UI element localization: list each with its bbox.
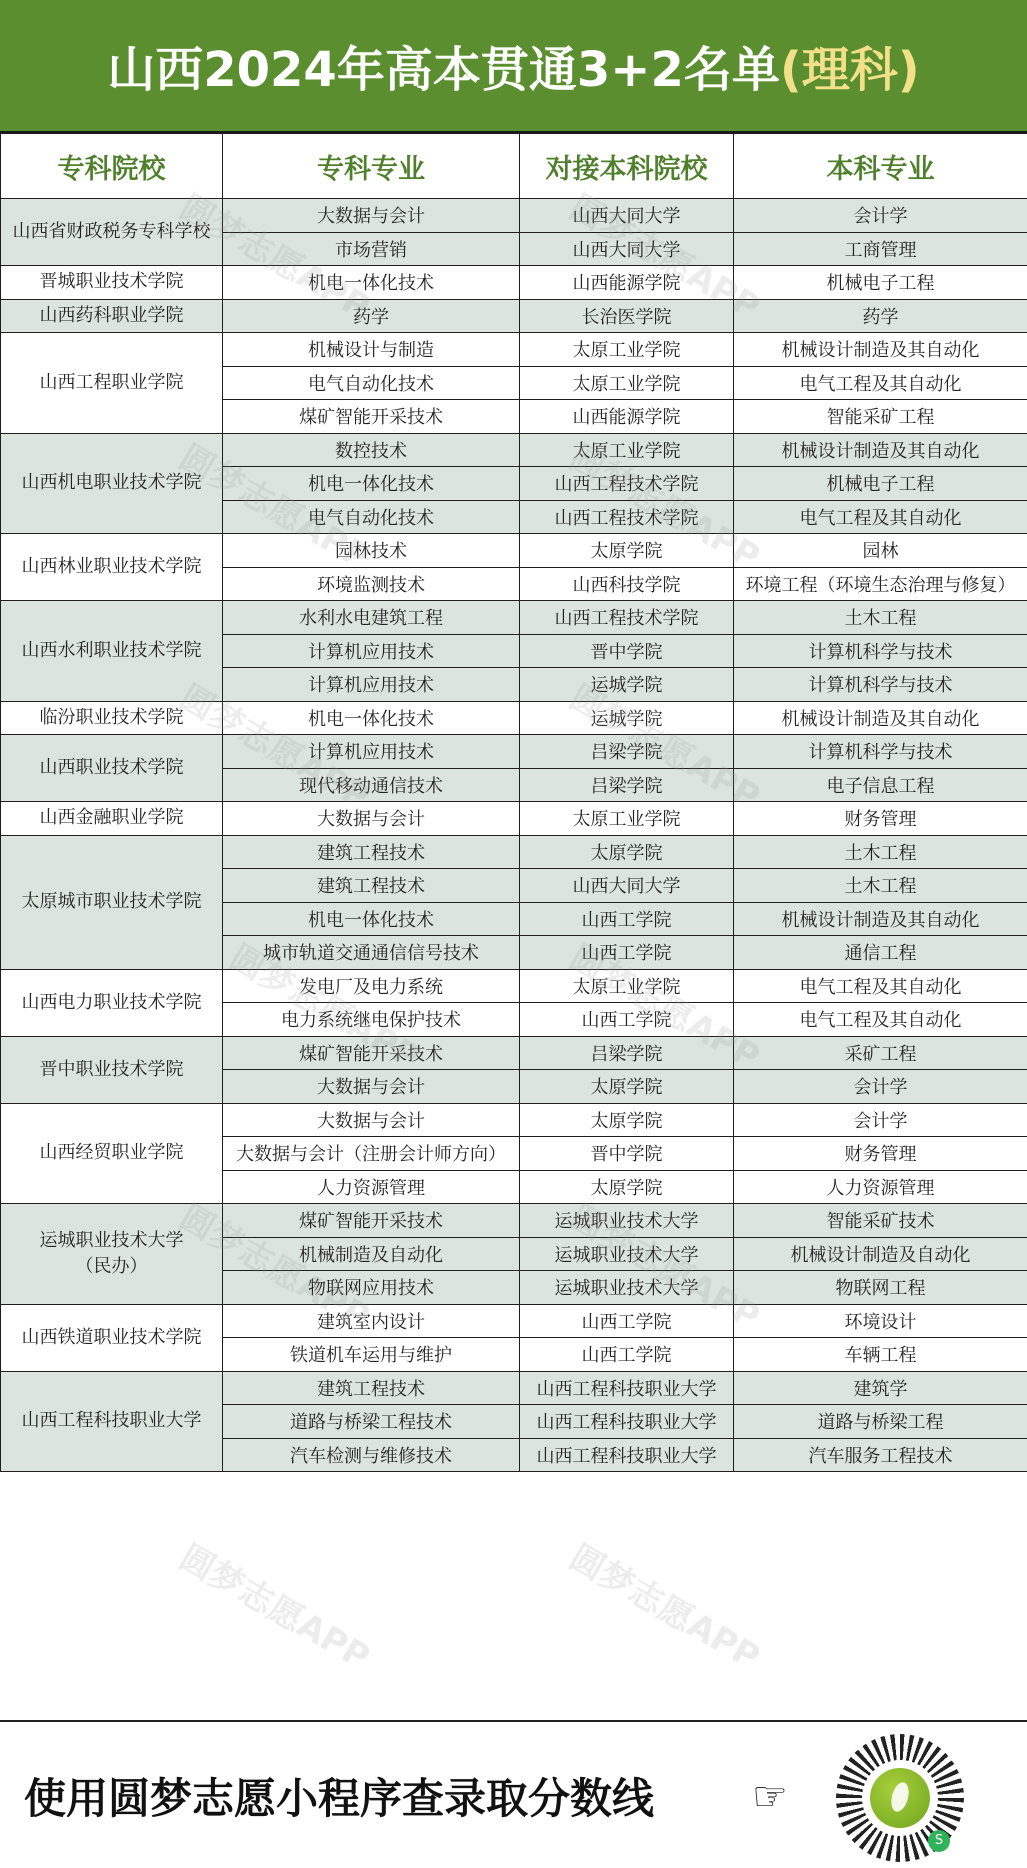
target-university-cell: 山西大同大学 <box>520 869 734 903</box>
bachelor-major-cell: 物联网工程 <box>734 1271 1027 1305</box>
bachelor-major-cell: 采矿工程 <box>734 1036 1027 1070</box>
mini-program-icon: S <box>928 1830 950 1852</box>
table-row: 山西工程科技职业大学建筑工程技术山西工程科技职业大学建筑学 <box>1 1371 1027 1405</box>
college-cell: 山西铁道职业技术学院 <box>1 1304 223 1371</box>
college-cell: 山西职业技术学院 <box>1 735 223 802</box>
college-cell: 临汾职业技术学院 <box>1 701 223 735</box>
table-row: 山西水利职业技术学院水利水电建筑工程山西工程技术学院土木工程 <box>1 601 1027 635</box>
table-body: 山西省财政税务专科学校大数据与会计山西大同大学会计学市场营销山西大同大学工商管理… <box>1 199 1027 1472</box>
bachelor-major-cell: 机械电子工程 <box>734 266 1027 300</box>
college-major-cell: 大数据与会计 <box>223 1103 520 1137</box>
college-cell: 太原城市职业技术学院 <box>1 835 223 969</box>
college-cell: 山西省财政税务专科学校 <box>1 199 223 266</box>
college-major-cell: 计算机应用技术 <box>223 735 520 769</box>
pointing-hand-icon: ☞ <box>752 1774 788 1820</box>
college-name: 山西工程职业学院 <box>1 370 222 396</box>
target-university-cell: 山西能源学院 <box>520 400 734 434</box>
target-university-cell: 山西大同大学 <box>520 199 734 233</box>
bachelor-major-cell: 计算机科学与技术 <box>734 634 1027 668</box>
bachelor-major-cell: 财务管理 <box>734 1137 1027 1171</box>
college-major-cell: 机电一体化技术 <box>223 902 520 936</box>
college-name: 山西铁道职业技术学院 <box>1 1325 222 1351</box>
bachelor-major-cell: 机械设计制造及其自动化 <box>734 701 1027 735</box>
bachelor-major-cell: 人力资源管理 <box>734 1170 1027 1204</box>
bachelor-major-cell: 土木工程 <box>734 601 1027 635</box>
bachelor-major-cell: 电气工程及其自动化 <box>734 366 1027 400</box>
bachelor-major-cell: 建筑学 <box>734 1371 1027 1405</box>
bachelor-major-cell: 机械设计制造及其自动化 <box>734 333 1027 367</box>
bachelor-major-cell: 机械电子工程 <box>734 467 1027 501</box>
college-name: 山西机电职业技术学院 <box>1 470 222 496</box>
target-university-cell: 运城职业技术大学 <box>520 1271 734 1305</box>
bachelor-major-cell: 环境设计 <box>734 1304 1027 1338</box>
college-major-cell: 大数据与会计（注册会计师方向） <box>223 1137 520 1171</box>
target-university-cell: 太原工业学院 <box>520 366 734 400</box>
bachelor-major-cell: 电气工程及其自动化 <box>734 500 1027 534</box>
college-cell: 山西机电职业技术学院 <box>1 433 223 534</box>
college-cell: 晋城职业技术学院 <box>1 266 223 300</box>
target-university-cell: 长治医学院 <box>520 299 734 333</box>
college-major-cell: 建筑室内设计 <box>223 1304 520 1338</box>
target-university-cell: 山西工学院 <box>520 902 734 936</box>
bachelor-major-cell: 药学 <box>734 299 1027 333</box>
watermark-text: 圆梦志愿APP <box>172 1530 380 1679</box>
bachelor-major-cell: 智能采矿工程 <box>734 400 1027 434</box>
college-name: 山西职业技术学院 <box>1 755 222 781</box>
college-name: 山西金融职业学院 <box>1 805 222 831</box>
college-major-cell: 城市轨道交通通信信号技术 <box>223 936 520 970</box>
target-university-cell: 太原工业学院 <box>520 333 734 367</box>
table-row: 运城职业技术大学（民办）煤矿智能开采技术运城职业技术大学智能采矿技术 <box>1 1204 1027 1238</box>
college-major-cell: 大数据与会计 <box>223 802 520 836</box>
table-row: 太原城市职业技术学院建筑工程技术太原学院土木工程 <box>1 835 1027 869</box>
college-cell: 山西水利职业技术学院 <box>1 601 223 702</box>
table-header-row: 专科院校 专科专业 对接本科院校 本科专业 <box>1 134 1027 199</box>
college-cell: 晋中职业技术学院 <box>1 1036 223 1103</box>
target-university-cell: 吕梁学院 <box>520 735 734 769</box>
bachelor-major-cell: 土木工程 <box>734 869 1027 903</box>
college-major-cell: 建筑工程技术 <box>223 835 520 869</box>
column-header-college: 专科院校 <box>1 134 223 199</box>
college-major-cell: 电力系统继电保护技术 <box>223 1003 520 1037</box>
college-major-cell: 环境监测技术 <box>223 567 520 601</box>
bachelor-major-cell: 计算机科学与技术 <box>734 668 1027 702</box>
program-table: 专科院校 专科专业 对接本科院校 本科专业 山西省财政税务专科学校大数据与会计山… <box>0 133 1027 1472</box>
target-university-cell: 运城学院 <box>520 668 734 702</box>
college-name: 运城职业技术大学 <box>1 1228 222 1254</box>
college-major-cell: 煤矿智能开采技术 <box>223 400 520 434</box>
college-major-cell: 建筑工程技术 <box>223 1371 520 1405</box>
table-row: 山西金融职业学院大数据与会计太原工业学院财务管理 <box>1 802 1027 836</box>
footer-cta-text: 使用圆梦志愿小程序查录取分数线 <box>24 1766 654 1826</box>
college-major-cell: 发电厂及电力系统 <box>223 969 520 1003</box>
target-university-cell: 山西工程科技职业大学 <box>520 1438 734 1472</box>
college-major-cell: 道路与桥梁工程技术 <box>223 1405 520 1439</box>
target-university-cell: 吕梁学院 <box>520 1036 734 1070</box>
target-university-cell: 太原学院 <box>520 1103 734 1137</box>
target-university-cell: 山西工程科技职业大学 <box>520 1405 734 1439</box>
leaf-icon <box>888 1780 911 1813</box>
target-university-cell: 山西能源学院 <box>520 266 734 300</box>
table-row: 晋城职业技术学院机电一体化技术山西能源学院机械电子工程 <box>1 266 1027 300</box>
bachelor-major-cell: 机械设计制造及其自动化 <box>734 433 1027 467</box>
footer-banner: 使用圆梦志愿小程序查录取分数线 ☞ S <box>0 1720 1027 1868</box>
target-university-cell: 山西工学院 <box>520 1003 734 1037</box>
college-major-cell: 大数据与会计 <box>223 199 520 233</box>
bachelor-major-cell: 园林 <box>734 534 1027 568</box>
table-row: 山西职业技术学院计算机应用技术吕梁学院计算机科学与技术 <box>1 735 1027 769</box>
bachelor-major-cell: 道路与桥梁工程 <box>734 1405 1027 1439</box>
target-university-cell: 太原学院 <box>520 1070 734 1104</box>
target-university-cell: 山西科技学院 <box>520 567 734 601</box>
bachelor-major-cell: 电子信息工程 <box>734 768 1027 802</box>
column-header-target-university: 对接本科院校 <box>520 134 734 199</box>
bachelor-major-cell: 机械设计制造及其自动化 <box>734 902 1027 936</box>
college-cell: 山西金融职业学院 <box>1 802 223 836</box>
bachelor-major-cell: 汽车服务工程技术 <box>734 1438 1027 1472</box>
college-major-cell: 电气自动化技术 <box>223 366 520 400</box>
target-university-cell: 太原工业学院 <box>520 433 734 467</box>
college-major-cell: 市场营销 <box>223 232 520 266</box>
title-banner: 山西2024年高本贯通3+2名单(理科) <box>0 0 1027 133</box>
college-cell: 山西林业职业技术学院 <box>1 534 223 601</box>
column-header-bachelor-major: 本科专业 <box>734 134 1027 199</box>
college-cell: 山西经贸职业学院 <box>1 1103 223 1204</box>
app-logo-icon <box>870 1768 930 1828</box>
target-university-cell: 太原学院 <box>520 534 734 568</box>
bachelor-major-cell: 会计学 <box>734 1103 1027 1137</box>
college-major-cell: 计算机应用技术 <box>223 634 520 668</box>
bachelor-major-cell: 通信工程 <box>734 936 1027 970</box>
bachelor-major-cell: 工商管理 <box>734 232 1027 266</box>
page-title-accent: (理科) <box>780 31 920 100</box>
college-name: 山西林业职业技术学院 <box>1 554 222 580</box>
target-university-cell: 山西大同大学 <box>520 232 734 266</box>
college-major-cell: 汽车检测与维修技术 <box>223 1438 520 1472</box>
college-name: （民办） <box>1 1254 222 1280</box>
target-university-cell: 山西工程科技职业大学 <box>520 1371 734 1405</box>
target-university-cell: 太原学院 <box>520 1170 734 1204</box>
target-university-cell: 太原工业学院 <box>520 802 734 836</box>
college-major-cell: 物联网应用技术 <box>223 1271 520 1305</box>
college-major-cell: 水利水电建筑工程 <box>223 601 520 635</box>
college-cell: 山西工程职业学院 <box>1 333 223 434</box>
college-major-cell: 药学 <box>223 299 520 333</box>
bachelor-major-cell: 车辆工程 <box>734 1338 1027 1372</box>
college-cell: 山西电力职业技术学院 <box>1 969 223 1036</box>
college-cell: 山西药科职业学院 <box>1 299 223 333</box>
target-university-cell: 山西工学院 <box>520 1304 734 1338</box>
bachelor-major-cell: 环境工程（环境生态治理与修复） <box>734 567 1027 601</box>
college-major-cell: 机械制造及自动化 <box>223 1237 520 1271</box>
college-major-cell: 计算机应用技术 <box>223 668 520 702</box>
target-university-cell: 山西工学院 <box>520 936 734 970</box>
college-name: 晋中职业技术学院 <box>1 1057 222 1083</box>
college-major-cell: 建筑工程技术 <box>223 869 520 903</box>
target-university-cell: 吕梁学院 <box>520 768 734 802</box>
college-major-cell: 机电一体化技术 <box>223 266 520 300</box>
target-university-cell: 太原工业学院 <box>520 969 734 1003</box>
college-major-cell: 电气自动化技术 <box>223 500 520 534</box>
college-major-cell: 数控技术 <box>223 433 520 467</box>
college-name: 山西电力职业技术学院 <box>1 990 222 1016</box>
table-row: 山西省财政税务专科学校大数据与会计山西大同大学会计学 <box>1 199 1027 233</box>
qr-code[interactable]: S <box>836 1734 964 1862</box>
bachelor-major-cell: 智能采矿技术 <box>734 1204 1027 1238</box>
bachelor-major-cell: 会计学 <box>734 1070 1027 1104</box>
table-row: 山西工程职业学院机械设计与制造太原工业学院机械设计制造及其自动化 <box>1 333 1027 367</box>
college-major-cell: 煤矿智能开采技术 <box>223 1036 520 1070</box>
college-name: 临汾职业技术学院 <box>1 705 222 731</box>
target-university-cell: 山西工学院 <box>520 1338 734 1372</box>
target-university-cell: 运城职业技术大学 <box>520 1204 734 1238</box>
bachelor-major-cell: 会计学 <box>734 199 1027 233</box>
watermark-text: 圆梦志愿APP <box>562 1530 770 1679</box>
college-name: 太原城市职业技术学院 <box>1 889 222 915</box>
bachelor-major-cell: 土木工程 <box>734 835 1027 869</box>
table-row: 山西药科职业学院药学长治医学院药学 <box>1 299 1027 333</box>
college-major-cell: 机械设计与制造 <box>223 333 520 367</box>
college-name: 晋城职业技术学院 <box>1 269 222 295</box>
college-cell: 山西工程科技职业大学 <box>1 1371 223 1472</box>
college-major-cell: 机电一体化技术 <box>223 701 520 735</box>
college-name: 山西经贸职业学院 <box>1 1140 222 1166</box>
table-row: 山西经贸职业学院大数据与会计太原学院会计学 <box>1 1103 1027 1137</box>
column-header-college-major: 专科专业 <box>223 134 520 199</box>
table-row: 山西电力职业技术学院发电厂及电力系统太原工业学院电气工程及其自动化 <box>1 969 1027 1003</box>
target-university-cell: 山西工程技术学院 <box>520 467 734 501</box>
table-row: 晋中职业技术学院煤矿智能开采技术吕梁学院采矿工程 <box>1 1036 1027 1070</box>
college-major-cell: 机电一体化技术 <box>223 467 520 501</box>
college-name: 山西水利职业技术学院 <box>1 638 222 664</box>
bachelor-major-cell: 财务管理 <box>734 802 1027 836</box>
target-university-cell: 运城职业技术大学 <box>520 1237 734 1271</box>
bachelor-major-cell: 机械设计制造及自动化 <box>734 1237 1027 1271</box>
bachelor-major-cell: 电气工程及其自动化 <box>734 1003 1027 1037</box>
table-row: 山西机电职业技术学院数控技术太原工业学院机械设计制造及其自动化 <box>1 433 1027 467</box>
bachelor-major-cell: 计算机科学与技术 <box>734 735 1027 769</box>
college-major-cell: 铁道机车运用与维护 <box>223 1338 520 1372</box>
page-title: 山西2024年高本贯通3+2名单 <box>107 31 780 100</box>
bachelor-major-cell: 电气工程及其自动化 <box>734 969 1027 1003</box>
target-university-cell: 晋中学院 <box>520 1137 734 1171</box>
college-major-cell: 人力资源管理 <box>223 1170 520 1204</box>
table-row: 临汾职业技术学院机电一体化技术运城学院机械设计制造及其自动化 <box>1 701 1027 735</box>
target-university-cell: 山西工程技术学院 <box>520 601 734 635</box>
college-major-cell: 大数据与会计 <box>223 1070 520 1104</box>
target-university-cell: 晋中学院 <box>520 634 734 668</box>
table-row: 山西林业职业技术学院园林技术太原学院园林 <box>1 534 1027 568</box>
college-major-cell: 煤矿智能开采技术 <box>223 1204 520 1238</box>
target-university-cell: 运城学院 <box>520 701 734 735</box>
college-major-cell: 现代移动通信技术 <box>223 768 520 802</box>
college-cell: 运城职业技术大学（民办） <box>1 1204 223 1305</box>
target-university-cell: 太原学院 <box>520 835 734 869</box>
college-name: 山西省财政税务专科学校 <box>1 219 222 245</box>
target-university-cell: 山西工程技术学院 <box>520 500 734 534</box>
college-major-cell: 园林技术 <box>223 534 520 568</box>
college-name: 山西药科职业学院 <box>1 303 222 329</box>
college-name: 山西工程科技职业大学 <box>1 1408 222 1434</box>
table-row: 山西铁道职业技术学院建筑室内设计山西工学院环境设计 <box>1 1304 1027 1338</box>
